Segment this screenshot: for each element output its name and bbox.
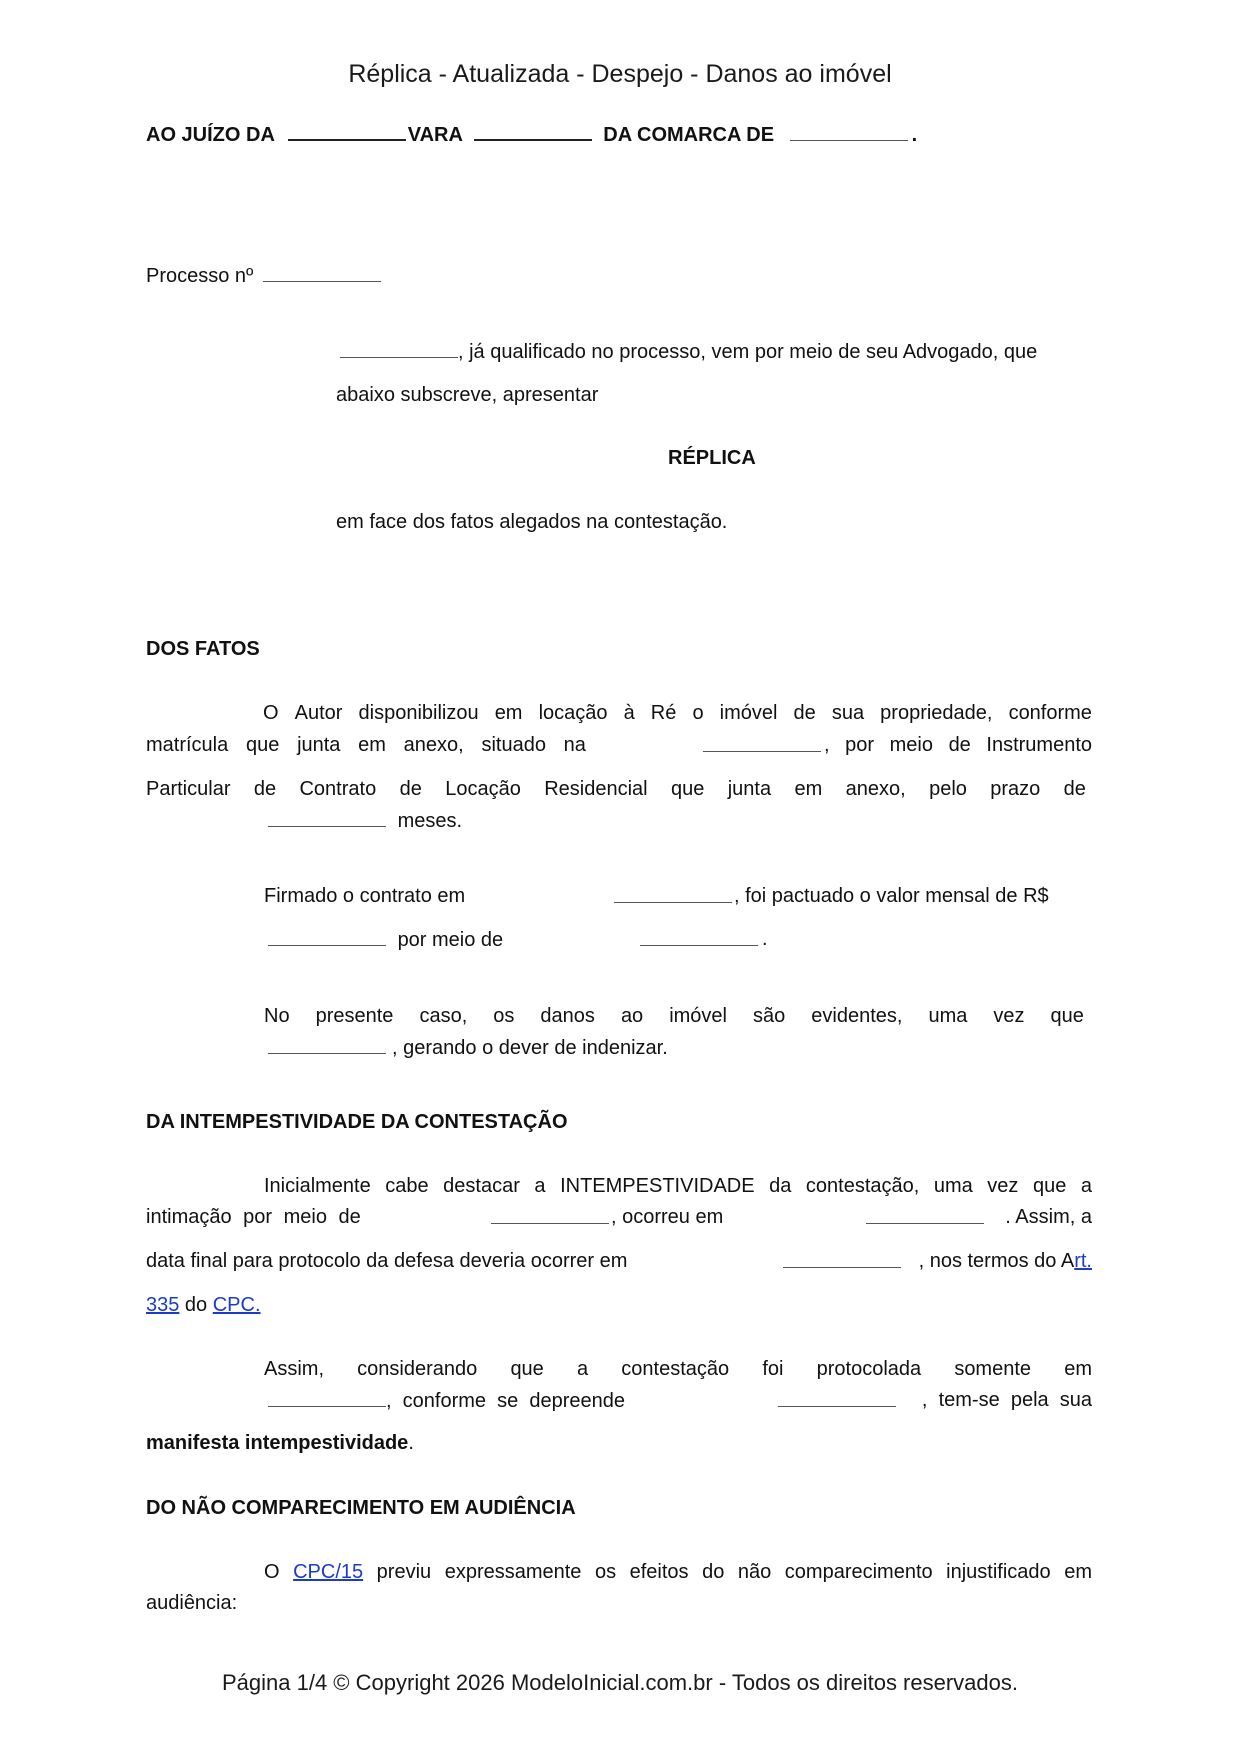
fatos-p2-line-1: Firmado o contrato em , foi pactuado o v… — [264, 884, 1088, 908]
blank-meio-intimacao[interactable] — [491, 1205, 609, 1224]
intro-line-2: abaixo subscreve, apresentar — [336, 383, 598, 407]
intemp-p2-text-b: , tem-se pela sua — [922, 1388, 1092, 1412]
blank-data-protocolo[interactable] — [268, 1388, 386, 1407]
intemp-text-e: , nos termos do A — [919, 1250, 1075, 1272]
fatos-meses: meses. — [398, 810, 462, 832]
intemp-text-f: do — [179, 1294, 212, 1316]
blank-comarca[interactable] — [790, 122, 908, 141]
fatos-p1-l1-word: o — [692, 701, 703, 725]
intemp-p1-line-2: intimação por meio de , ocorreu em . Ass… — [146, 1205, 1092, 1229]
audiencia-text-a: O — [264, 1561, 293, 1583]
fatos-p3-l1-word: caso, — [419, 1004, 467, 1028]
fatos-p1-l2a-word: situado — [481, 733, 546, 757]
intro-line-3: em face dos fatos alegados na contestaçã… — [336, 510, 727, 534]
fatos-p2-text-b: , foi pactuado o valor mensal de R$ — [734, 884, 1049, 908]
document-header-title: Réplica - Atualizada - Despejo - Danos a… — [0, 60, 1240, 89]
fatos-p3-l1-word: evidentes, — [811, 1004, 902, 1028]
intemp-art-ref: , nos termos do Art. — [919, 1249, 1092, 1273]
blank-party-name[interactable] — [340, 339, 458, 358]
audiencia-text-b: previu expressamente os efeitos do não c… — [363, 1561, 1092, 1583]
fatos-p1-l2a-word: anexo, — [404, 733, 464, 757]
blank-documento-fonte[interactable] — [778, 1388, 896, 1407]
page-footer: Página 1/4 © Copyright 2026 ModeloInicia… — [0, 1670, 1240, 1696]
replica-title: RÉPLICA — [668, 446, 756, 470]
link-cpc-15[interactable]: CPC/15 — [293, 1561, 363, 1583]
fatos-p1-l3-word: Contrato — [299, 777, 376, 801]
address-end: . — [912, 124, 918, 146]
blank-data-intimacao[interactable] — [866, 1205, 984, 1224]
fatos-p1-l2a-word: na — [564, 733, 586, 757]
intemp-p2-l1-word: somente — [954, 1357, 1031, 1381]
address-vara: VARA — [408, 124, 462, 146]
section-heading-intempestividade: DA INTEMPESTIVIDADE DA CONTESTAÇÃO — [146, 1110, 568, 1134]
fatos-p1-l1-word: disponibilizou — [359, 701, 479, 725]
link-art-335[interactable]: rt. — [1074, 1250, 1092, 1272]
blank-prazo-meses[interactable] — [268, 808, 386, 827]
fatos-p3-l1-word: os — [493, 1004, 514, 1028]
fatos-p1-l2a-word: que — [246, 733, 279, 757]
fatos-p1-l1-word: conforme — [1009, 701, 1092, 725]
fatos-p1-l1-word: Ré — [651, 701, 677, 725]
fatos-p1-line-3: ParticulardeContratodeLocaçãoResidencial… — [146, 777, 1086, 801]
fatos-p1-l1-word: de — [794, 701, 816, 725]
fatos-p1-l2b-word: meio — [890, 733, 933, 757]
intemp-p2-l1-word: contestação — [621, 1357, 729, 1381]
fatos-p1-l3-word: pelo — [929, 777, 967, 801]
fatos-p3-line-2: , gerando o dever de indenizar. — [268, 1035, 668, 1060]
fatos-p3-l1-word: que — [1051, 1004, 1084, 1028]
fatos-p1-l2b-word: de — [949, 733, 971, 757]
fatos-p1-l3-word: de — [1064, 777, 1086, 801]
court-address-line: AO JUÍZO DA VARA DA COMARCA DE . — [146, 121, 917, 147]
intemp-p2-l1-word: em — [1064, 1357, 1092, 1381]
fatos-p1-l2b-word: , — [824, 733, 830, 757]
fatos-p2-text-a: Firmado o contrato em — [264, 885, 465, 907]
intemp-p2-end: . — [408, 1432, 414, 1454]
fatos-p1-l2a-word: matrícula — [146, 733, 228, 757]
fatos-p1-l2a-word: junta — [297, 733, 340, 757]
intemp-p2-l1-word: considerando — [357, 1357, 477, 1381]
intemp-p2-l1-word: que — [510, 1357, 543, 1381]
fatos-p1-l3-word: de — [254, 777, 276, 801]
intro-line-1: , já qualificado no processo, vem por me… — [336, 339, 1090, 364]
fatos-p1-l2a-word: em — [358, 733, 386, 757]
fatos-p1-l1-word: em — [495, 701, 523, 725]
intemp-p2-line-1: Assim,considerandoqueacontestaçãofoiprot… — [264, 1357, 1092, 1381]
fatos-p1-l1-word: imóvel — [720, 701, 778, 725]
section-heading-fatos: DOS FATOS — [146, 637, 260, 661]
intemp-p2-line-3: manifesta intempestividade. — [146, 1431, 414, 1455]
fatos-p1-l1-word: propriedade, — [880, 701, 992, 725]
fatos-p3-l1-word: imóvel — [669, 1004, 727, 1028]
blank-processo-number[interactable] — [263, 263, 381, 282]
fatos-p1-l3-word: Locação — [445, 777, 521, 801]
fatos-p3-l1-word: uma — [928, 1004, 967, 1028]
manifesta-intempestividade: manifesta intempestividade — [146, 1432, 408, 1454]
fatos-p1-l1-word: O — [263, 701, 279, 725]
fatos-p1-l3-word: que — [671, 777, 704, 801]
fatos-p1-l3-word: prazo — [990, 777, 1040, 801]
fatos-p1-l3-word: Particular — [146, 777, 230, 801]
intemp-p2-l1-word: a — [577, 1357, 588, 1381]
fatos-p2-line-2: por meio de . — [268, 927, 1088, 952]
blank-valor-mensal[interactable] — [268, 927, 386, 946]
fatos-p3-l1-word: presente — [316, 1004, 394, 1028]
fatos-p3-l1-word: danos — [540, 1004, 595, 1028]
fatos-p2-text-c: por meio de — [398, 929, 504, 951]
blank-forma-pagamento[interactable] — [640, 927, 758, 946]
intemp-p1-line-3: data final para protocolo da defesa deve… — [146, 1249, 1092, 1273]
fatos-p1-l3-word: em — [794, 777, 822, 801]
intemp-p2-l1-word: Assim, — [264, 1357, 324, 1381]
fatos-p1-l1-word: sua — [832, 701, 864, 725]
processo-label: Processo nº — [146, 265, 253, 287]
blank-data-contrato[interactable] — [614, 884, 732, 903]
address-comarca: DA COMARCA DE — [603, 124, 774, 146]
fatos-p1-l3-word: anexo, — [846, 777, 906, 801]
blank-imovel-endereco[interactable] — [703, 733, 821, 752]
intro-text-1: , já qualificado no processo, vem por me… — [458, 341, 1037, 363]
fatos-p1-line-4: meses. — [268, 808, 462, 833]
fatos-p1-l3-word: de — [400, 777, 422, 801]
intemp-text-d: data final para protocolo da defesa deve… — [146, 1250, 627, 1272]
intemp-p2-text-a: , conforme se depreende — [386, 1390, 625, 1412]
audiencia-p1-line-1: O CPC/15 previu expressamente os efeitos… — [264, 1560, 1092, 1584]
fatos-p1-l2b-word: por — [845, 733, 874, 757]
intemp-p2-l1-word: foi — [762, 1357, 783, 1381]
intemp-p1-line-1: Inicialmente cabe destacar a INTEMPESTIV… — [264, 1174, 1092, 1198]
intemp-p1-line-4: 335 do CPC. — [146, 1293, 261, 1317]
fatos-p3-l1-word: são — [753, 1004, 785, 1028]
fatos-p3-l1-word: ao — [621, 1004, 643, 1028]
intemp-text-c: . Assim, a — [1005, 1205, 1092, 1229]
intemp-text-b: , ocorreu em — [611, 1205, 723, 1229]
fatos-p1-l3-word: Residencial — [544, 777, 647, 801]
fatos-p3-l1-word: vez — [993, 1004, 1024, 1028]
fatos-p3-line-1: Nopresentecaso,osdanosaoimóvelsãoevident… — [264, 1004, 1084, 1028]
fatos-p1-line-1: OAutordisponibilizouemlocaçãoàRéoimóveld… — [263, 701, 1092, 725]
fatos-p3-text: , gerando o dever de indenizar. — [392, 1037, 668, 1059]
blank-juizo[interactable] — [288, 121, 406, 141]
blank-danos-descricao[interactable] — [268, 1035, 386, 1054]
fatos-p2-text-d: . — [762, 927, 768, 951]
fatos-p1-l1-word: Autor — [295, 701, 343, 725]
intemp-p2-l1-word: protocolada — [817, 1357, 922, 1381]
intemp-p2-line-2: , conforme se depreende , tem-se pela su… — [268, 1388, 1092, 1413]
address-juizo: AO JUÍZO DA — [146, 124, 274, 146]
fatos-p1-l1-word: à — [624, 701, 635, 725]
audiencia-p1-line-2: audiência: — [146, 1591, 237, 1615]
intemp-text-a: intimação por meio de — [146, 1206, 361, 1228]
link-cpc[interactable]: CPC. — [213, 1294, 261, 1316]
fatos-p1-l2b-word: Instrumento — [986, 733, 1092, 757]
fatos-p3-l1-word: No — [264, 1004, 290, 1028]
section-heading-audiencia: DO NÃO COMPARECIMENTO EM AUDIÊNCIA — [146, 1496, 576, 1520]
fatos-p1-l1-word: locação — [539, 701, 608, 725]
fatos-p1-l3-word: junta — [728, 777, 771, 801]
blank-data-final[interactable] — [783, 1249, 901, 1268]
link-art-335-number[interactable]: 335 — [146, 1294, 179, 1316]
processo-line: Processo nº — [146, 263, 381, 288]
blank-vara[interactable] — [474, 121, 592, 141]
